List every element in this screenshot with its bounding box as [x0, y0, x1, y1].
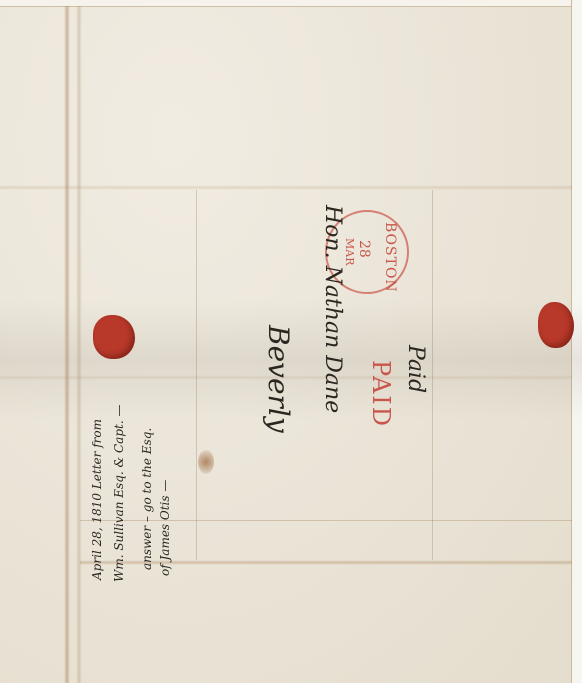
docket-line-2: Wm. Sullivan Esq. & Capt. — [112, 405, 126, 582]
letter-cover: BOSTON 28 MAR PAID Paid Hon. Nathan Dane… [0, 0, 582, 683]
address-town: Beverly [262, 325, 295, 433]
postmark-day: 28 [356, 240, 372, 258]
docket-line-1: April 28, 1810 Letter from [90, 419, 104, 580]
paid-stamp: PAID [367, 360, 395, 428]
paper-top-edge [0, 0, 582, 7]
address-name: Hon. Nathan Dane [320, 205, 345, 413]
ink-stain [198, 450, 214, 474]
manuscript-rate: Paid [403, 345, 428, 393]
fold-crease-top [0, 185, 572, 190]
wax-seal-left [93, 315, 135, 359]
docket-line-4: of James Otis — [158, 480, 172, 576]
docket-line-3: answer – go to the Esq. [140, 428, 154, 570]
wax-seal-right [538, 302, 574, 348]
postmark-city: BOSTON [382, 222, 398, 293]
